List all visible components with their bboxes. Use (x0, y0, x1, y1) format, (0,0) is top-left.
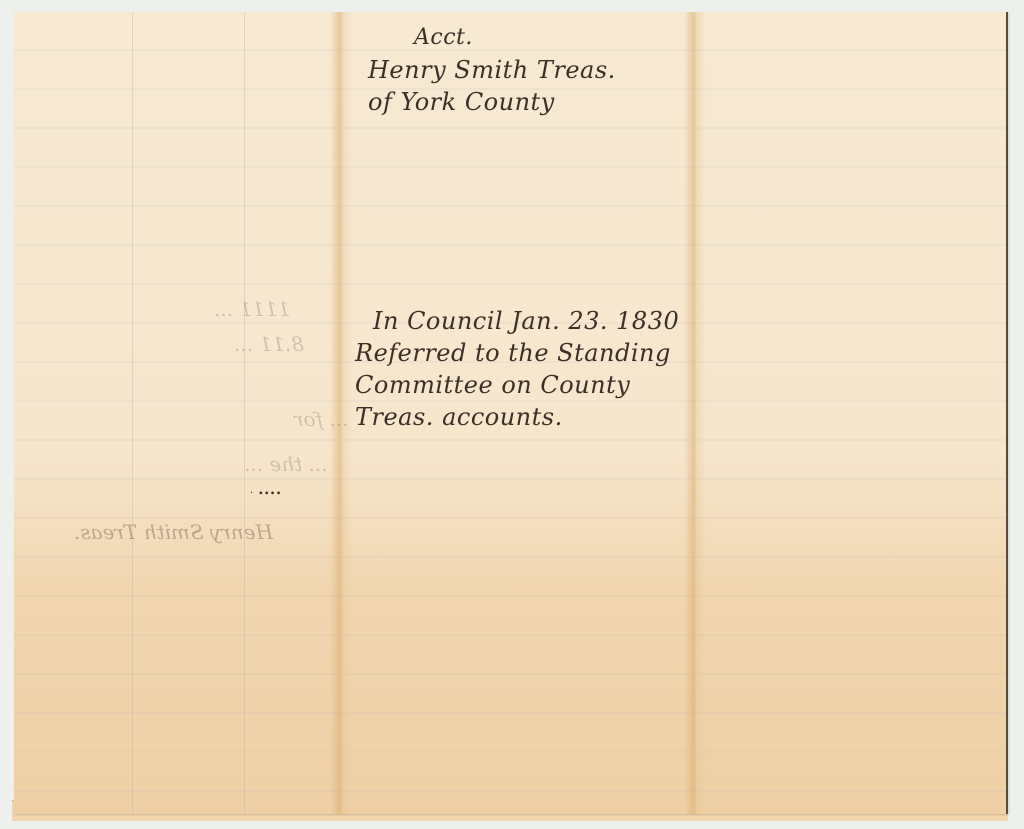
docket-title: Acct. Henry Smith Treas. of York County (368, 22, 616, 118)
docket-county: of York County (368, 86, 616, 118)
council-referral: Referred to the Standing (355, 337, 679, 369)
margin-line (244, 12, 245, 814)
council-note: In Council Jan. 23. 1830 Referred to the… (355, 305, 679, 433)
scanned-document: 1111 ... 8.11 ... ... for ... the ... He… (0, 0, 1024, 829)
bleed-through-text: ... the ... (244, 452, 328, 476)
margin-line (132, 12, 133, 814)
council-committee: Committee on County (355, 369, 679, 401)
bleed-through-text: 1111 ... (214, 297, 290, 321)
council-accounts: Treas. accounts. (355, 401, 679, 433)
ink-marks: · ∙∙∙∙ (250, 488, 282, 499)
bleed-through-text: ... for (294, 407, 348, 431)
bleed-through-text: Henry Smith Treas. (74, 520, 273, 544)
bleed-through-text: 8.11 ... (234, 332, 304, 356)
docket-name: Henry Smith Treas. (368, 54, 616, 86)
council-date: In Council Jan. 23. 1830 (355, 305, 679, 337)
fold-crease-right (684, 12, 706, 814)
docket-acct: Acct. (368, 22, 616, 54)
